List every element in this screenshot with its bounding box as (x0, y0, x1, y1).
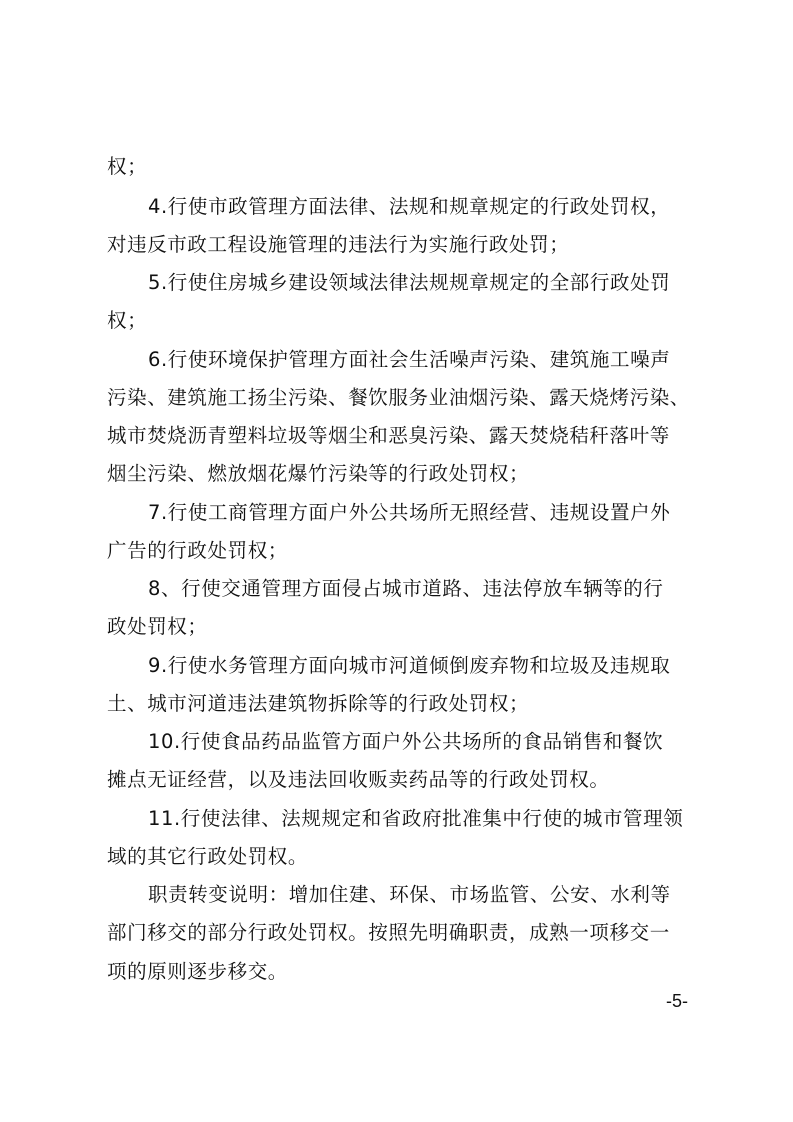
text-line: 对违反市政工程设施管理的违法行为实施行政处罚； (107, 228, 569, 262)
text-line-item-4: 4.行使市政管理方面法律、法规和规章规定的行政处罚权， (148, 190, 670, 224)
text-line: 广告的行政处罚权； (107, 534, 288, 568)
text-line-item-8: 8、行使交通管理方面侵占城市道路、违法停放车辆等的行 (148, 572, 664, 606)
text-line: 权； (107, 150, 147, 184)
text-line: 城市焚烧沥青塑料垃圾等烟尘和恶臭污染、露天焚烧秸秆落叶等 (107, 419, 670, 453)
text-line: 烟尘污染、燃放烟花爆竹污染等的行政处罚权； (107, 457, 529, 491)
text-line-item-6: 6.行使环境保护管理方面社会生活噪声污染、建筑施工噪声 (148, 343, 670, 377)
text-line-responsibility-note: 职责转变说明：增加住建、环保、市场监管、公安、水利等 (148, 878, 671, 912)
text-line: 土、城市河道违法建筑物拆除等的行政处罚权； (107, 687, 529, 721)
text-line: 政处罚权； (107, 610, 208, 644)
text-line: 污染、建筑施工扬尘污染、餐饮服务业油烟污染、露天烧烤污染、 (107, 381, 690, 415)
text-line-item-11: 11.行使法律、法规规定和省政府批准集中行使的城市管理领 (148, 802, 683, 836)
text-line-item-10: 10.行使食品药品监管方面户外公共场所的食品销售和餐饮 (148, 725, 663, 759)
text-line-item-9: 9.行使水务管理方面向城市河道倾倒废弃物和垃圾及违规取 (148, 649, 670, 683)
text-line: 项的原则逐步移交。 (107, 955, 288, 989)
text-line: 权； (107, 304, 147, 338)
text-line-item-5: 5.行使住房城乡建设领域法律法规规章规定的全部行政处罚 (148, 266, 670, 300)
text-line-item-7: 7.行使工商管理方面户外公共场所无照经营、违规设置户外 (148, 496, 670, 530)
text-line: 域的其它行政处罚权。 (107, 840, 308, 874)
page-number: -5- (666, 990, 688, 1012)
text-line: 摊点无证经营，以及违法回收贩卖药品等的行政处罚权。 (107, 763, 610, 797)
document-page: 权； 4.行使市政管理方面法律、法规和规章规定的行政处罚权， 对违反市政工程设施… (0, 0, 793, 1122)
text-line: 部门移交的部分行政处罚权。按照先明确职责，成熟一项移交一 (107, 916, 670, 950)
